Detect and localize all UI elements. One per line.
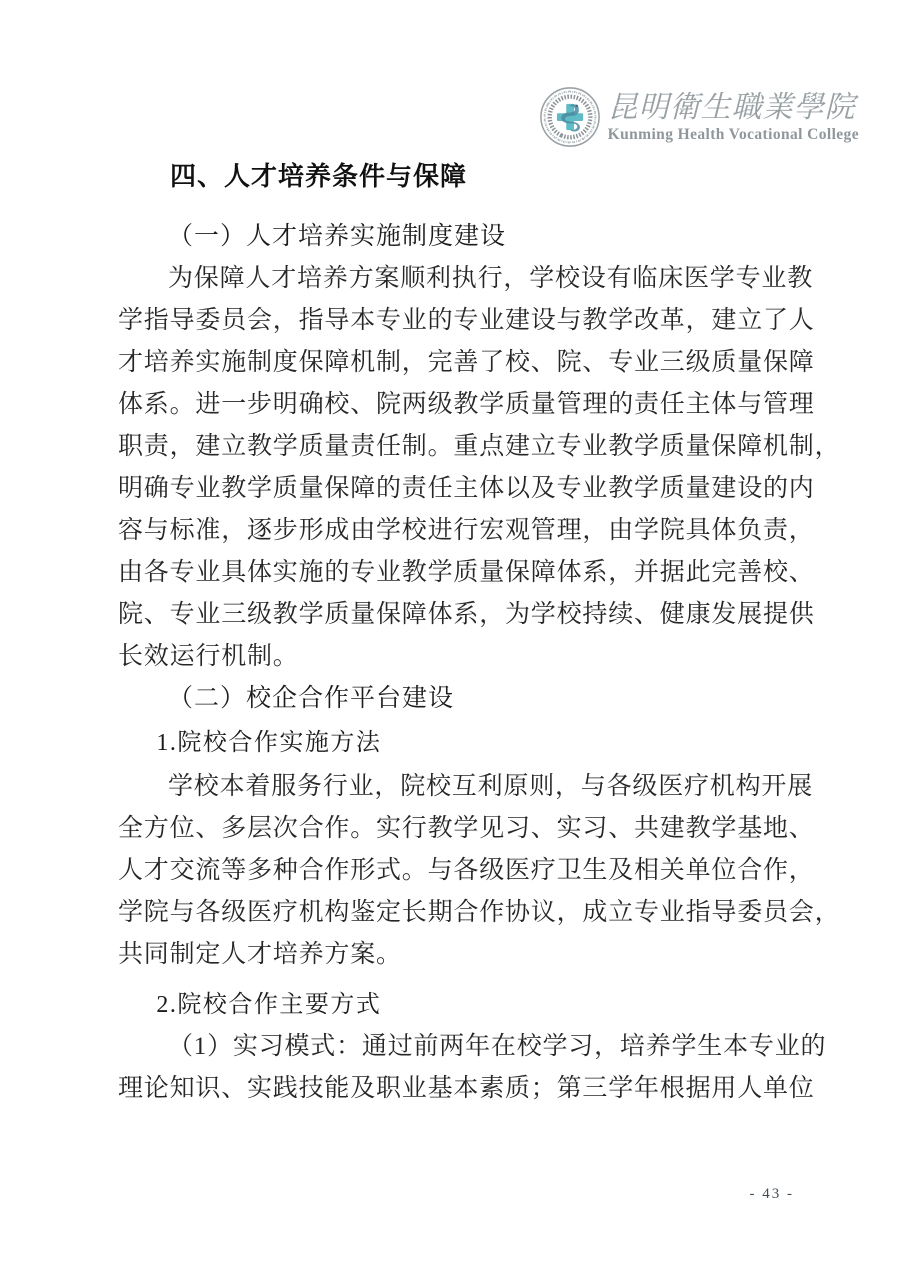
- text-line: 为保障人才培养方案顺利执行，学校设有临床医学专业教: [118, 258, 796, 300]
- text-line: 全方位、多层次合作。实行教学见习、实习、共建教学基地、: [118, 808, 796, 850]
- subsection-1-title: （一）人才培养实施制度建设: [118, 220, 796, 254]
- text-line: 由各专业具体实施的专业教学质量保障体系，并据此完善校、: [118, 552, 796, 594]
- text-line: 院、专业三级教学质量保障体系，为学校持续、健康发展提供: [118, 594, 796, 636]
- item-2-title: 2.院校合作主要方式: [118, 988, 796, 1022]
- page-number: - 43 -: [750, 1186, 795, 1203]
- text-line: 才培养实施制度保障机制，完善了校、院、专业三级质量保障: [118, 342, 796, 384]
- text-line: 容与标准，逐步形成由学校进行宏观管理，由学院具体负责，: [118, 510, 796, 552]
- paragraph-3: （1）实习模式：通过前两年在校学习，培养学生本专业的理论知识、实践技能及职业基本…: [118, 1026, 796, 1110]
- text-line: 体系。进一步明确校、院两级教学质量管理的责任主体与管理: [118, 384, 796, 426]
- text-line: 人才交流等多种合作形式。与各级医疗卫生及相关单位合作，: [118, 850, 796, 892]
- section-title: 四、人才培养条件与保障: [118, 160, 796, 192]
- text-line: 理论知识、实践技能及职业基本素质；第三学年根据用人单位: [118, 1068, 796, 1110]
- subsection-2-title: （二）校企合作平台建设: [118, 682, 796, 716]
- text-line: 职责，建立教学质量责任制。重点建立专业教学质量保障机制，: [118, 426, 796, 468]
- text-line: 学指导委员会，指导本专业的专业建设与教学改革，建立了人: [118, 300, 796, 342]
- text-line: （1）实习模式：通过前两年在校学习，培养学生本专业的: [118, 1026, 796, 1068]
- item-1-title: 1.院校合作实施方法: [118, 726, 796, 760]
- paragraph-1: 为保障人才培养方案顺利执行，学校设有临床医学专业教学指导委员会，指导本专业的专业…: [118, 258, 796, 678]
- text-line: 长效运行机制。: [118, 636, 796, 678]
- text-line: 学校本着服务行业，院校互利原则，与各级医疗机构开展: [118, 766, 796, 808]
- paragraph-2: 学校本着服务行业，院校互利原则，与各级医疗机构开展全方位、多层次合作。实行教学见…: [118, 766, 796, 976]
- document-content: 四、人才培养条件与保障 （一）人才培养实施制度建设 为保障人才培养方案顺利执行，…: [118, 0, 796, 1280]
- document-page: 昆明衛生職業學院 Kunming Health Vocational Colle…: [0, 0, 905, 1280]
- text-line: 共同制定人才培养方案。: [118, 934, 796, 976]
- text-line: 学院与各级医疗机构鉴定长期合作协议，成立专业指导委员会，: [118, 892, 796, 934]
- text-line: 明确专业教学质量保障的责任主体以及专业教学质量建设的内: [118, 468, 796, 510]
